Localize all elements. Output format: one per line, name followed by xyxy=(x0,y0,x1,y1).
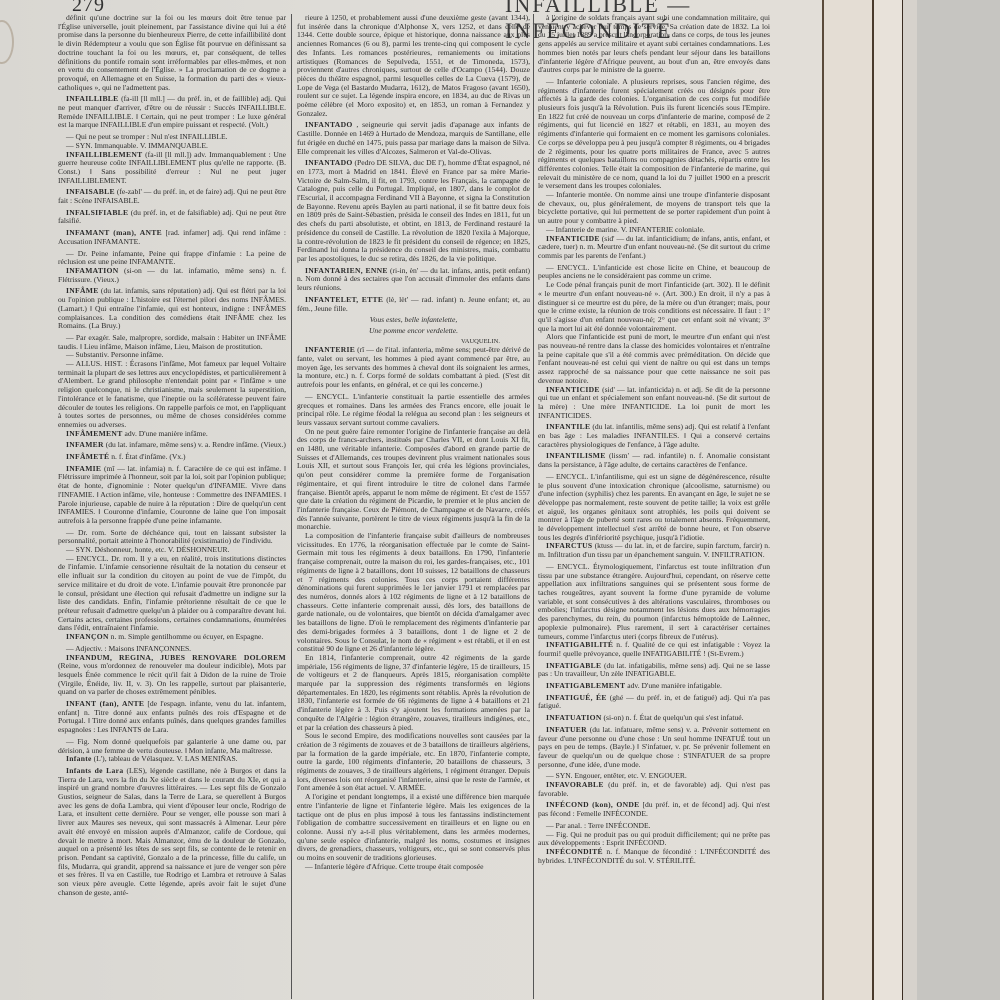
entry-headword: INFAMER xyxy=(66,440,104,449)
entry-subsense: — Dr. Peine infamante, Peine qui frappe … xyxy=(58,250,286,267)
dictionary-entry: INFATIGUÉ, ÉE (ghé — du préf. in, et de … xyxy=(538,694,770,711)
entry-subsense: — ENCYCL. L'infanterie constituait la pa… xyxy=(297,393,530,428)
entry-headword: INFAILLIBLEMENT xyxy=(66,150,143,159)
entry-subsense: — ENCYCL. L'infantilisme, qui est un sig… xyxy=(538,473,770,543)
dictionary-entry: INFATUATION (si-on) n. f. État de quelqu… xyxy=(538,714,770,723)
dictionary-entry: INFALSIFIABLE (du préf. in, et de falsif… xyxy=(58,209,286,226)
column-divider xyxy=(291,14,292,999)
dictionary-entry: INFATIGABLE (du lat. infatigabilis, même… xyxy=(538,662,770,679)
entry-definition: (LES), légende castillane, née à Burgos … xyxy=(58,766,286,897)
entry-headword: INFANTARIEN, ENNE xyxy=(305,266,388,275)
dictionary-entry: INFANTARIEN, ENNE (ri-in, èn' — du lat. … xyxy=(297,267,530,293)
entry-headword: INFATIGABLE xyxy=(546,661,601,670)
entry-definition: (du lat. infamare, même sens) v. a. Rend… xyxy=(106,440,286,449)
entry-headword: INFAMIE xyxy=(66,464,101,473)
dictionary-entry: INFATIGABILITÉ n. f. Qualité de ce qui e… xyxy=(538,641,770,658)
entry-definition: définit qu'une doctrine sur la foi ou le… xyxy=(58,13,286,92)
entry-headword: INFÉCONDITÉ xyxy=(546,847,603,856)
dictionary-entry: INFATIGABLEMENT adv. D'une manière infat… xyxy=(538,682,770,691)
column-divider xyxy=(533,14,534,999)
dictionary-entry: INFÉCOND (kon), ONDE [du préf. in, et de… xyxy=(538,801,770,818)
entry-headword: INFAISABLE xyxy=(66,187,115,196)
column-1: définit qu'une doctrine sur la foi ou le… xyxy=(58,14,286,901)
entry-subsense: — Infanterie légère d'Afrique. Cette tro… xyxy=(297,863,530,872)
entry-headword: INFAMATION xyxy=(66,266,119,275)
entry-headword: INFATIGABLEMENT xyxy=(546,681,625,690)
entry-headword: INFANDUM, REGINA, JUBES RENOVARE DOLOREM xyxy=(66,653,286,662)
entry-subsense: — Par exagér. Sale, malpropre, sordide, … xyxy=(58,334,286,351)
entry-subsense: A l'origine et pendant longtemps, il a e… xyxy=(297,793,530,863)
entry-subsense: — Fig. Nom donné quelquefois par galante… xyxy=(58,738,286,755)
entry-headword: INFANTICIDE xyxy=(546,385,600,394)
entry-headword: INFANTADO xyxy=(305,120,353,129)
entry-subsense: — ENCYCL. Étymologiquement, l'infarctus … xyxy=(538,563,770,641)
dictionary-entry: INFARCTUS (ktuss — du lat. in, et de far… xyxy=(538,542,770,559)
dictionary-entry: INFAVORABLE (du préf. in, et de favorabl… xyxy=(538,781,770,798)
dictionary-entry: INFAISABLE (fe-zabl' — du préf. in, et d… xyxy=(58,188,286,205)
dictionary-entry: INFANTADO (Pedro DE SILVA, duc DE l'), h… xyxy=(297,159,530,263)
dictionary-entry: rieure à 1250, et probablement aussi d'u… xyxy=(297,14,530,118)
entry-headword: INFANTILE xyxy=(546,422,590,431)
entry-definition: n. m. Simple gentilhomme ou écuyer, en E… xyxy=(111,632,264,641)
verse-quote-line: Vous estes, belle infantelette, xyxy=(297,316,530,325)
entry-headword: INFANTICIDE xyxy=(546,234,600,243)
dictionary-entry: INFANÇON n. m. Simple gentilhomme ou écu… xyxy=(58,633,286,642)
dictionary-entry: INFAMATION (si-on — du lat. infamatio, m… xyxy=(58,267,286,284)
paper-stain xyxy=(0,20,14,64)
entry-subsense: La composition de l'infanterie française… xyxy=(297,532,530,654)
page-edge-strip xyxy=(900,0,917,1000)
entry-definition: à l'origine de soldats français ayant su… xyxy=(538,13,770,74)
dictionary-entry: INFÂMETÉ n. f. État d'infâme. (Vx.) xyxy=(58,453,286,462)
dictionary-entry: INFAILLIBLEMENT (fa-ill [ll mll.]) adv. … xyxy=(58,151,286,186)
dictionary-entry: INFAMIE (mî — lat. infamia) n. f. Caract… xyxy=(58,465,286,526)
entry-definition: adv. D'une manière infâme. xyxy=(124,429,207,438)
dictionary-entry: INFANTILE (du lat. infantilis, même sens… xyxy=(538,423,770,449)
entry-definition: adv. D'une manière infatigable. xyxy=(627,681,722,690)
dictionary-entry: INFANTICIDE (sid' — lat. infanticida) n.… xyxy=(538,386,770,421)
entry-headword: INFANÇON xyxy=(66,632,109,641)
entry-subsense: En 1814, l'infanterie comprenait, outre … xyxy=(297,654,530,732)
entry-subsense: — ALLUS. HIST. : Écrasons l'infâme, Mot … xyxy=(58,360,286,430)
entry-subsense: — ENCYCL. Dr. rom. Il y a eu, en réalité… xyxy=(58,555,286,633)
dictionary-entry: INFANTERIE (rî — de l'ital. infanteria, … xyxy=(297,346,530,390)
column-3: à l'origine de soldats français ayant su… xyxy=(538,14,770,868)
entry-subsense: — Fig. Qui ne produit pas ou qui produit… xyxy=(538,831,770,848)
dictionary-entry: INFANTADO , seigneurie qui servit jadis … xyxy=(297,121,530,156)
entry-headword: INFANTADO xyxy=(305,158,353,167)
entry-definition: (mî — lat. infamia) n. f. Caractère de c… xyxy=(58,464,286,525)
entry-headword: INFARCTUS xyxy=(546,541,592,550)
entry-subsense: On ne peut guère faire remonter l'origin… xyxy=(297,428,530,532)
dictionary-entry: à l'origine de soldats français ayant su… xyxy=(538,14,770,75)
background-surface xyxy=(914,0,1000,1000)
dictionary-entry: INFAMER (du lat. infamare, même sens) v.… xyxy=(58,441,286,450)
entry-headword: INFÂMETÉ xyxy=(66,452,109,461)
dictionary-page: 279 INFAILLIBLE — INFÉCONDITÉ définit qu… xyxy=(0,0,822,1000)
dictionary-entry: INFANTILISME (lissm' — rad. infantile) n… xyxy=(538,452,770,469)
entry-subsense: — ENCYCL. L'infanticide est chose licite… xyxy=(538,264,770,281)
dictionary-entry: Infants de Lara (LES), légende castillan… xyxy=(58,767,286,898)
entry-definition: (Reine, vous m'ordonnez de renouveler ma… xyxy=(58,661,286,696)
entry-subsense: — Infanterie montée. On nomme ainsi une … xyxy=(538,191,770,226)
column-2: rieure à 1250, et probablement aussi d'u… xyxy=(297,14,530,872)
entry-subsense: — Dr. rom. Sorte de déchéance qui, tout … xyxy=(58,529,286,546)
dictionary-entry: INFANTICIDE (sid' — du lat. infanticidiu… xyxy=(538,235,770,261)
entry-headword: INFALSIFIABLE xyxy=(66,208,128,217)
entry-headword: INFATUATION xyxy=(546,713,602,722)
entry-headword: INFAMANT (man), ANTE xyxy=(66,228,162,237)
entry-headword: Infants de Lara xyxy=(66,766,123,775)
entry-headword: INFATUER xyxy=(546,725,587,734)
entry-subsense: Alors que l'infanticide est puni de mort… xyxy=(538,333,770,385)
entry-definition: (Pedro DE SILVA, duc DE l'), homme d'Éta… xyxy=(297,158,530,263)
dictionary-entry: INFATUER (du lat. infatuare, même sens) … xyxy=(538,726,770,770)
dictionary-entry: INFAILLIBLE (fa-ill [ll mll.] — du préf.… xyxy=(58,95,286,130)
entry-headword: Infante xyxy=(66,754,92,763)
dictionary-entry: INFANDUM, REGINA, JUBES RENOVARE DOLOREM… xyxy=(58,654,286,698)
entry-headword: INFAVORABLE xyxy=(546,780,604,789)
entry-headword: INFANT (fan), ANTE xyxy=(66,699,144,708)
dictionary-entry: INFÉCONDITÉ n. f. Manque de fécondité : … xyxy=(538,848,770,865)
entry-definition: (si-on) n. f. État de quelqu'un qui s'es… xyxy=(604,713,744,722)
entry-subsense: — Infanterie coloniale. A plusieurs repr… xyxy=(538,78,770,191)
entry-definition: n. f. État d'infâme. (Vx.) xyxy=(111,452,185,461)
page-edge-strip xyxy=(872,0,902,1000)
dictionary-entry: INFANT (fan), ANTE [de l'espagn. infante… xyxy=(58,700,286,735)
entry-headword: INFÂMEMENT xyxy=(66,429,123,438)
entry-headword: INFATIGUÉ, ÉE xyxy=(546,693,607,702)
entry-headword: INFAILLIBLE xyxy=(66,94,119,103)
entry-definition: (L'), tableau de Vélasquez. V. LAS MENIÑ… xyxy=(94,754,238,763)
dictionary-entry: définit qu'une doctrine sur la foi ou le… xyxy=(58,14,286,92)
dictionary-entry: INFÂME (du lat. infamis, sans réputation… xyxy=(58,287,286,331)
verse-quote-line: Une pomme encor verdelette. xyxy=(297,327,530,336)
dictionary-entry: INFANTELET, ETTE (lè, lèt' — rad. infant… xyxy=(297,296,530,313)
page-edge-strip xyxy=(822,0,872,1000)
entry-subsense: Le Code pénal français punit de mort l'i… xyxy=(538,281,770,333)
entry-headword: INFATIGABILITÉ xyxy=(546,640,613,649)
entry-headword: INFANTILISME xyxy=(546,451,606,460)
entry-subsense: Sous le second Empire, des modifications… xyxy=(297,732,530,793)
dictionary-entry: INFÂMEMENT adv. D'une manière infâme. xyxy=(58,430,286,439)
dictionary-entry: Infante (L'), tableau de Vélasquez. V. L… xyxy=(58,755,286,764)
entry-headword: INFANTELET, ETTE xyxy=(305,295,383,304)
entry-definition: rieure à 1250, et probablement aussi d'u… xyxy=(297,13,530,118)
entry-headword: INFANTERIE xyxy=(305,345,355,354)
dictionary-entry: INFAMANT (man), ANTE [rad. infamer] adj.… xyxy=(58,229,286,246)
